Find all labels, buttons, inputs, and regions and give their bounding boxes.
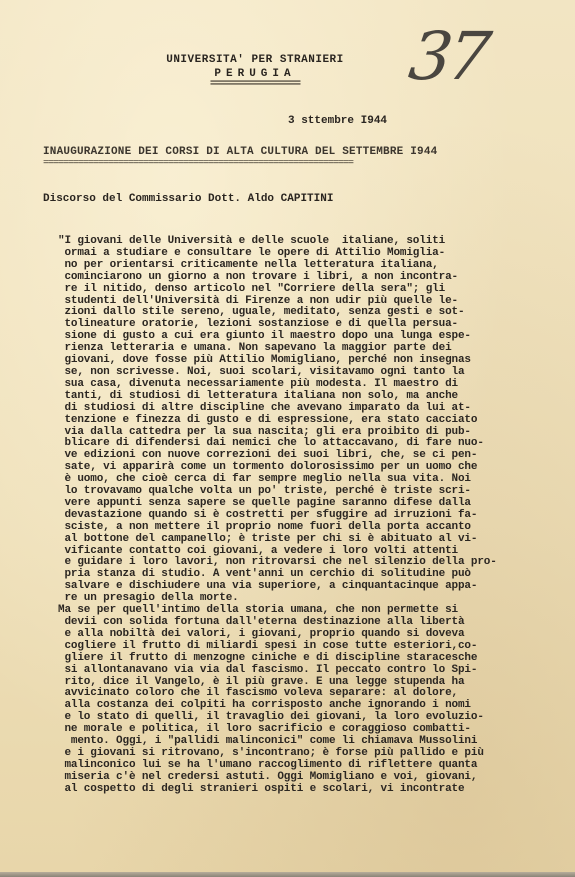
document-title: INAUGURAZIONE DEI CORSI DI ALTA CULTURA …: [43, 146, 437, 158]
body-line: re il nitido, denso articolo nel "Corrie…: [58, 284, 558, 296]
institution-name: UNIVERSITA' PER STRANIERI: [160, 53, 350, 67]
title-underline: ========================================…: [43, 160, 443, 168]
paper-edge: [0, 872, 575, 877]
document-date: 3 sttembre I944: [288, 115, 387, 127]
body-line: si allontanavano via via dal fascismo. I…: [58, 665, 558, 677]
body-line: tanti, di studiosi di letteratura italia…: [58, 391, 558, 403]
body-line: al bottone del campanello; è triste per …: [58, 534, 558, 546]
body-line: malinconico lui se ha l'umano raccoglime…: [58, 760, 558, 772]
document-page: 37 UNIVERSITA' PER STRANIERI PERUGIA ===…: [0, 0, 575, 877]
body-line: sua casa, divenuta necessariamente più m…: [58, 379, 558, 391]
body-line: gliere il frutto di menzogne ciniche e d…: [58, 653, 558, 665]
body-line: no per orientarsi criticamente nella let…: [58, 260, 558, 272]
speaker-line: Discorso del Commissario Dott. Aldo CAPI…: [43, 193, 333, 205]
body-line: cominciarono un giorno a non trovare i l…: [58, 272, 558, 284]
body-line: devastazione quando si è costretti per s…: [58, 510, 558, 522]
body-line: cogliere il frutto di miliardi spesi in …: [58, 641, 558, 653]
header-rule: ==================: [160, 81, 350, 89]
body-line: tenzione e finezza di gusto e di espress…: [58, 415, 558, 427]
body-line: sciste, a non mettere il proprio nome fu…: [58, 522, 558, 534]
letterhead: UNIVERSITA' PER STRANIERI PERUGIA ======…: [160, 53, 350, 89]
body-line: miseria c'è nel credersi astuti. Oggi Mo…: [58, 772, 558, 784]
body-line: di studiosi di altre discipline che avev…: [58, 403, 558, 415]
handwritten-folio-number: 37: [405, 18, 492, 95]
body-line: al cospetto di degli stranieri ospiti e …: [58, 784, 558, 796]
speech-body: "I giovani delle Università e delle scuo…: [58, 236, 558, 796]
